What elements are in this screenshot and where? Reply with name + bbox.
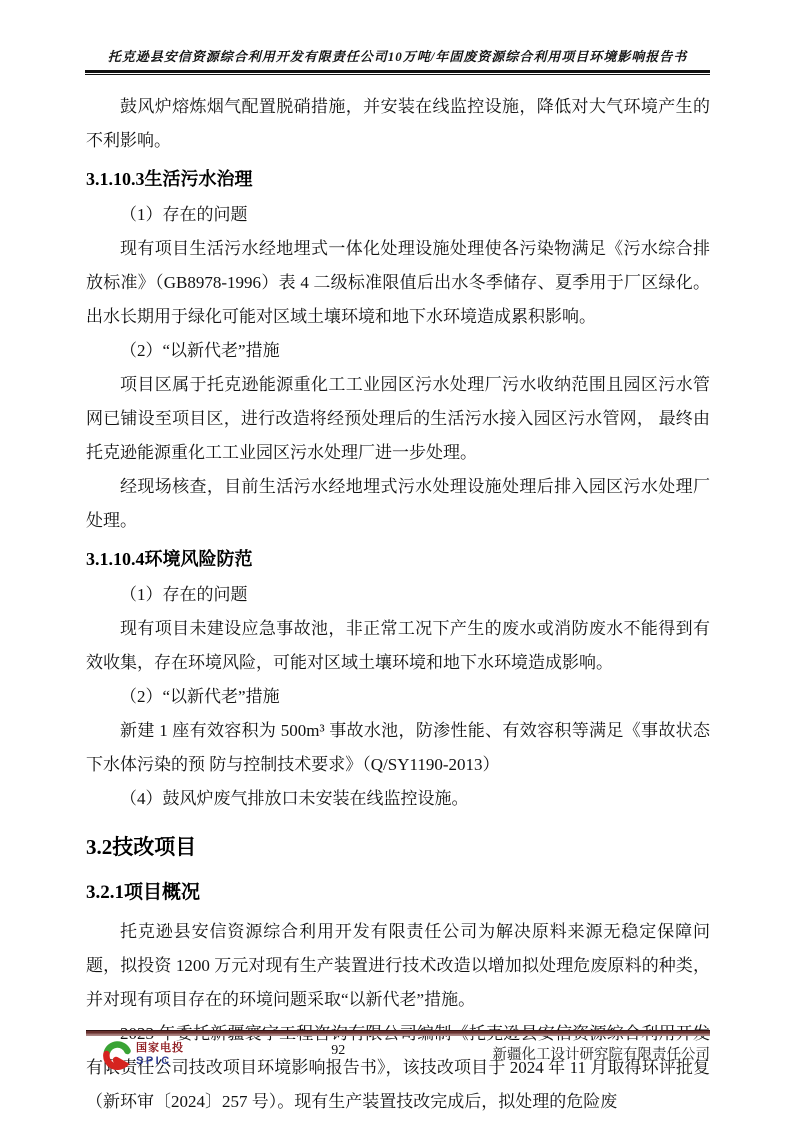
heading-title: 环境风险防范 bbox=[145, 549, 253, 569]
heading-number: 3.1.10.3 bbox=[86, 169, 145, 189]
footer-company-name: 新疆化工设计研究院有限责任公司 bbox=[493, 1040, 711, 1064]
spic-logo: 国家电投 SPIC bbox=[102, 1040, 184, 1070]
page-number: 92 bbox=[184, 1040, 493, 1059]
header-rule-thick bbox=[85, 70, 710, 73]
heading-title: 生活污水治理 bbox=[145, 169, 253, 189]
heading-number: 3.2.1 bbox=[86, 882, 124, 903]
paragraph: （4）鼓风炉废气排放口未安装在线监控设施。 bbox=[86, 782, 710, 816]
paragraph: 托克逊县安信资源综合利用开发有限责任公司为解决原料来源无稳定保障问题，拟投资 1… bbox=[86, 915, 710, 1017]
paragraph: 现有项目未建设应急事故池，非正常工况下产生的废水或消防废水不能得到有效收集，存在… bbox=[86, 612, 710, 680]
heading-title: 项目概况 bbox=[124, 882, 200, 903]
spic-logo-en: SPIC bbox=[136, 1056, 184, 1067]
paragraph: （2）“以新代老”措施 bbox=[86, 334, 710, 368]
paragraph: 新建 1 座有效容积为 500m³ 事故水池，防渗性能、有效容积等满足《事故状态… bbox=[86, 714, 710, 782]
paragraph: 经现场核查，目前生活污水经地埋式污水处理设施处理后排入园区污水处理厂处理。 bbox=[86, 470, 710, 538]
page-footer: 国家电投 SPIC 92 新疆化工设计研究院有限责任公司 bbox=[86, 1040, 710, 1070]
section-heading-3.2: 3.2技改项目 bbox=[86, 830, 710, 865]
heading-number: 3.2 bbox=[86, 835, 112, 859]
paragraph: 现有项目生活污水经地埋式一体化处理设施处理使各污染物满足《污水综合排放标准》（G… bbox=[86, 232, 710, 334]
paragraph: 鼓风炉熔炼烟气配置脱硝措施，并安装在线监控设施，降低对大气环境产生的不利影响。 bbox=[86, 90, 710, 158]
section-heading-3.1.10.3: 3.1.10.3生活污水治理 bbox=[86, 164, 710, 194]
spic-swirl-icon bbox=[102, 1040, 132, 1070]
spic-logo-text: 国家电投 SPIC bbox=[136, 1043, 184, 1067]
paragraph: （1）存在的问题 bbox=[86, 578, 710, 612]
section-heading-3.1.10.4: 3.1.10.4环境风险防范 bbox=[86, 544, 710, 574]
spic-logo-cn: 国家电投 bbox=[136, 1043, 184, 1054]
document-page: 托克逊县安信资源综合利用开发有限责任公司10万吨/年固废资源综合利用项目环境影响… bbox=[0, 0, 793, 1122]
heading-title: 技改项目 bbox=[112, 836, 196, 859]
header-rule-thin bbox=[85, 74, 710, 75]
paragraph: 项目区属于托克逊能源重化工工业园区污水处理厂污水收纳范围且园区污水管网已铺设至项… bbox=[86, 368, 710, 470]
paragraph: （2）“以新代老”措施 bbox=[86, 680, 710, 714]
document-body: 鼓风炉熔炼烟气配置脱硝措施，并安装在线监控设施，降低对大气环境产生的不利影响。3… bbox=[86, 90, 710, 1119]
footer-rule bbox=[86, 1030, 710, 1036]
section-heading-3.2.1: 3.2.1项目概况 bbox=[86, 877, 710, 909]
heading-number: 3.1.10.4 bbox=[86, 549, 145, 569]
report-title: 托克逊县安信资源综合利用开发有限责任公司10万吨/年固废资源综合利用项目环境影响… bbox=[85, 46, 710, 65]
paragraph: （1）存在的问题 bbox=[86, 198, 710, 232]
page-header: 托克逊县安信资源综合利用开发有限责任公司10万吨/年固废资源综合利用项目环境影响… bbox=[85, 46, 710, 75]
